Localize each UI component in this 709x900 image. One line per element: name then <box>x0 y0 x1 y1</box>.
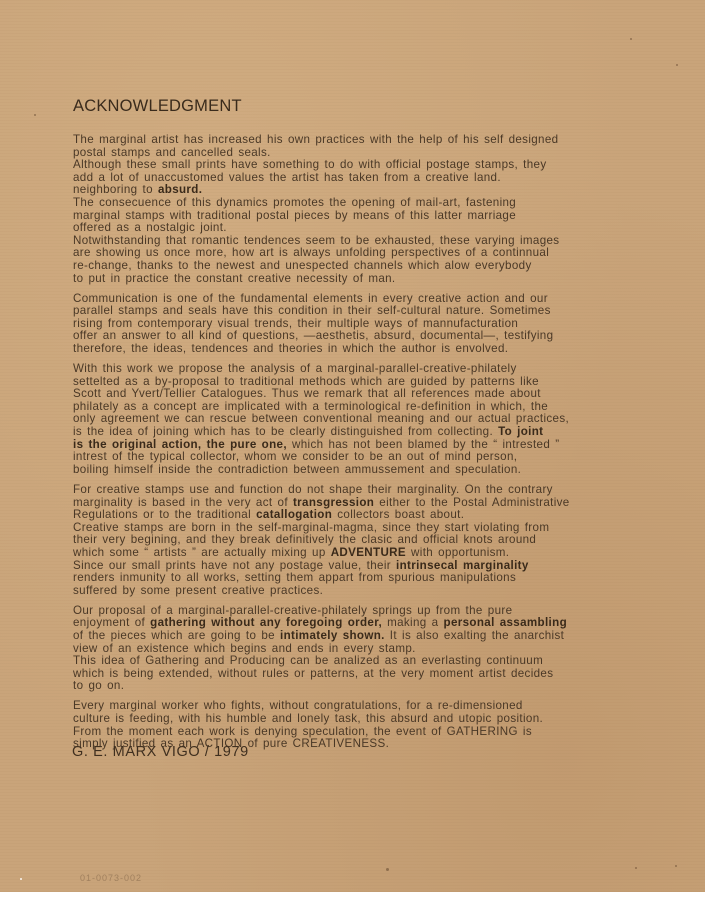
text-line: which is being extended, without rules o… <box>73 668 593 681</box>
text-run: For creative stamps use and function do … <box>73 483 553 496</box>
text-run: offer an answer to all kind of questions… <box>73 329 553 342</box>
text-run: which is being extended, without rules o… <box>73 667 553 680</box>
emphasized-text: ADVENTURE <box>331 546 406 559</box>
text-run: renders inmunity to all works, setting t… <box>73 571 516 584</box>
emphasized-text: intrinsecal marginality <box>396 559 529 572</box>
paper-speck <box>20 878 22 880</box>
paper-speck <box>386 868 389 871</box>
text-run: view of an existence which begins and en… <box>73 642 416 655</box>
document-body: The marginal artist has increased his ow… <box>73 134 593 758</box>
emphasized-text: intimately shown. <box>280 629 385 642</box>
paper-speck <box>635 867 637 869</box>
emphasized-text: personal assambling <box>444 616 567 629</box>
text-run: With this work we propose the analysis o… <box>73 362 517 375</box>
emphasized-text: transgression <box>293 496 374 509</box>
paper-speck <box>34 114 36 116</box>
text-run: neighboring to <box>73 183 158 196</box>
text-run: which some “ artists ” are actually mixi… <box>73 546 331 559</box>
document-page: ACKNOWLEDGMENT The marginal artist has i… <box>0 0 705 892</box>
text-run: culture is feeding, with his humble and … <box>73 712 543 725</box>
text-run: The marginal artist has increased his ow… <box>73 133 558 146</box>
text-run: Although these small prints have somethi… <box>73 158 546 171</box>
text-run: Our proposal of a marginal-parallel-crea… <box>73 604 512 617</box>
signature: G. E. MARX VIGO / 1979 <box>72 744 249 760</box>
text-run: are showing us once more, how art is alw… <box>73 246 549 259</box>
text-line: therefore, the ideas, tendences and theo… <box>73 343 593 356</box>
text-run: Since our small prints have not any post… <box>73 559 396 572</box>
text-run: boiling himself inside the contradiction… <box>73 463 521 476</box>
text-line: boiling himself inside the contradiction… <box>73 464 593 477</box>
text-run: offered as a nostalgic joint. <box>73 221 227 234</box>
text-run: It is also exalting the anarchist <box>385 629 564 642</box>
text-run: to put in practice the constant creative… <box>73 272 396 285</box>
paragraph: With this work we propose the analysis o… <box>73 363 593 476</box>
text-run: intrest of the typical collector, whom w… <box>73 450 517 463</box>
text-run: which has not been blamed by the “ intre… <box>287 438 559 451</box>
text-run: either to the Postal Administrative <box>374 496 569 509</box>
paper-speck <box>675 865 677 867</box>
paragraph: For creative stamps use and function do … <box>73 484 593 597</box>
text-run: marginal stamps with traditional postal … <box>73 209 516 222</box>
paragraph: Our proposal of a marginal-parallel-crea… <box>73 605 593 693</box>
text-run: with opportunism. <box>406 546 509 559</box>
emphasized-text: absurd. <box>158 183 202 196</box>
document-title: ACKNOWLEDGMENT <box>73 97 242 116</box>
text-run: parallel stamps and seals have this cond… <box>73 304 551 317</box>
emphasized-text: gathering without any foregoing order, <box>150 616 382 629</box>
text-run: The consecuence of this dynamics promote… <box>73 196 516 209</box>
text-run: to go on. <box>73 679 124 692</box>
text-run: Every marginal worker who fights, withou… <box>73 699 523 712</box>
text-run: Regulations or to the traditional <box>73 508 256 521</box>
text-run: settelted as a by-proposal to traditiona… <box>73 375 539 388</box>
text-run: philately as a concept are implicated wi… <box>73 400 548 413</box>
text-run: re-change, thanks to the newest and unes… <box>73 259 532 272</box>
text-run: Scott and Yvert/Tellier Catalogues. Thus… <box>73 387 541 400</box>
text-line: to put in practice the constant creative… <box>73 273 593 286</box>
text-run: therefore, the ideas, tendences and theo… <box>73 342 508 355</box>
text-run: enjoyment of <box>73 616 150 629</box>
text-run: is the idea of joining which has to be c… <box>73 425 498 438</box>
text-run: Creative stamps are born in the self-mar… <box>73 521 549 534</box>
text-run: making a <box>382 616 444 629</box>
text-run: Communication is one of the fundamental … <box>73 292 548 305</box>
text-run: This idea of Gathering and Producing can… <box>73 654 543 667</box>
paper-speck <box>630 38 632 40</box>
text-run: only agreement we can rescue between con… <box>73 412 569 425</box>
text-run: postal stamps and cancelled seals. <box>73 146 271 159</box>
text-run: add a lot of unaccustomed values the art… <box>73 171 501 184</box>
emphasized-text: is the original action, the pure one, <box>73 438 287 451</box>
text-line: suffered by some present creative practi… <box>73 585 593 598</box>
paragraph: Communication is one of the fundamental … <box>73 293 593 356</box>
text-run: Notwithstanding that romantic tendences … <box>73 234 559 247</box>
emphasized-text: To joint <box>498 425 543 438</box>
text-run: of the pieces which are going to be <box>73 629 280 642</box>
paper-speck <box>676 64 678 66</box>
text-run: From the moment each work is denying spe… <box>73 725 532 738</box>
text-run: their very begining, and they break defi… <box>73 533 536 546</box>
text-line: to go on. <box>73 680 593 693</box>
emphasized-text: catallogation <box>256 508 332 521</box>
text-run: collectors boast about. <box>332 508 464 521</box>
paragraph: The marginal artist has increased his ow… <box>73 134 593 285</box>
text-run: marginality is based in the very act of <box>73 496 293 509</box>
text-run: rising from contemporary visual trends, … <box>73 317 518 330</box>
text-run: suffered by some present creative practi… <box>73 584 323 597</box>
archive-mark: 01-0073-002 <box>80 873 142 883</box>
